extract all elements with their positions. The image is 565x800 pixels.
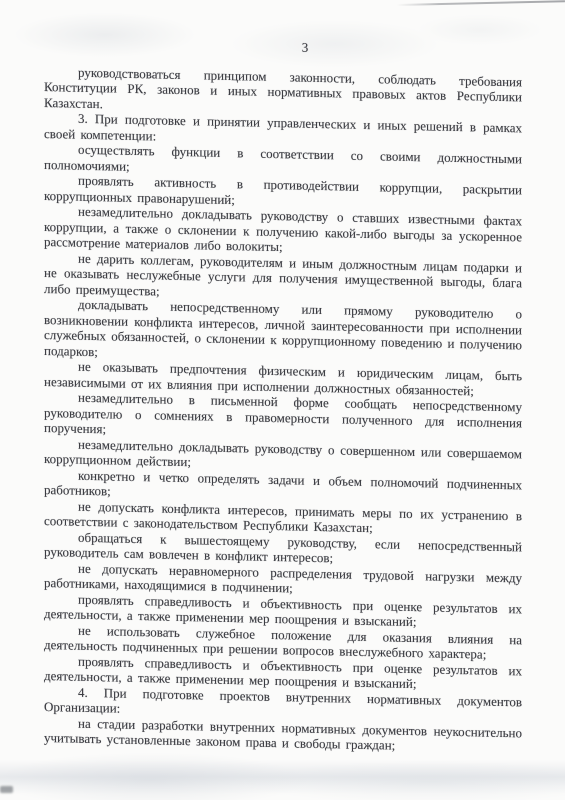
paragraph: докладывать непосредственному или прямом… [44,296,522,368]
page-number: 3 [66,34,544,60]
document-content: 3 руководствоваться принципом законности… [44,28,522,756]
scanned-document-page: 3 руководствоваться принципом законности… [0,0,565,800]
document-body: руководствоваться принципом законности, … [44,64,522,756]
scan-corner-smudge [0,786,13,793]
scan-edge-line [397,0,565,6]
